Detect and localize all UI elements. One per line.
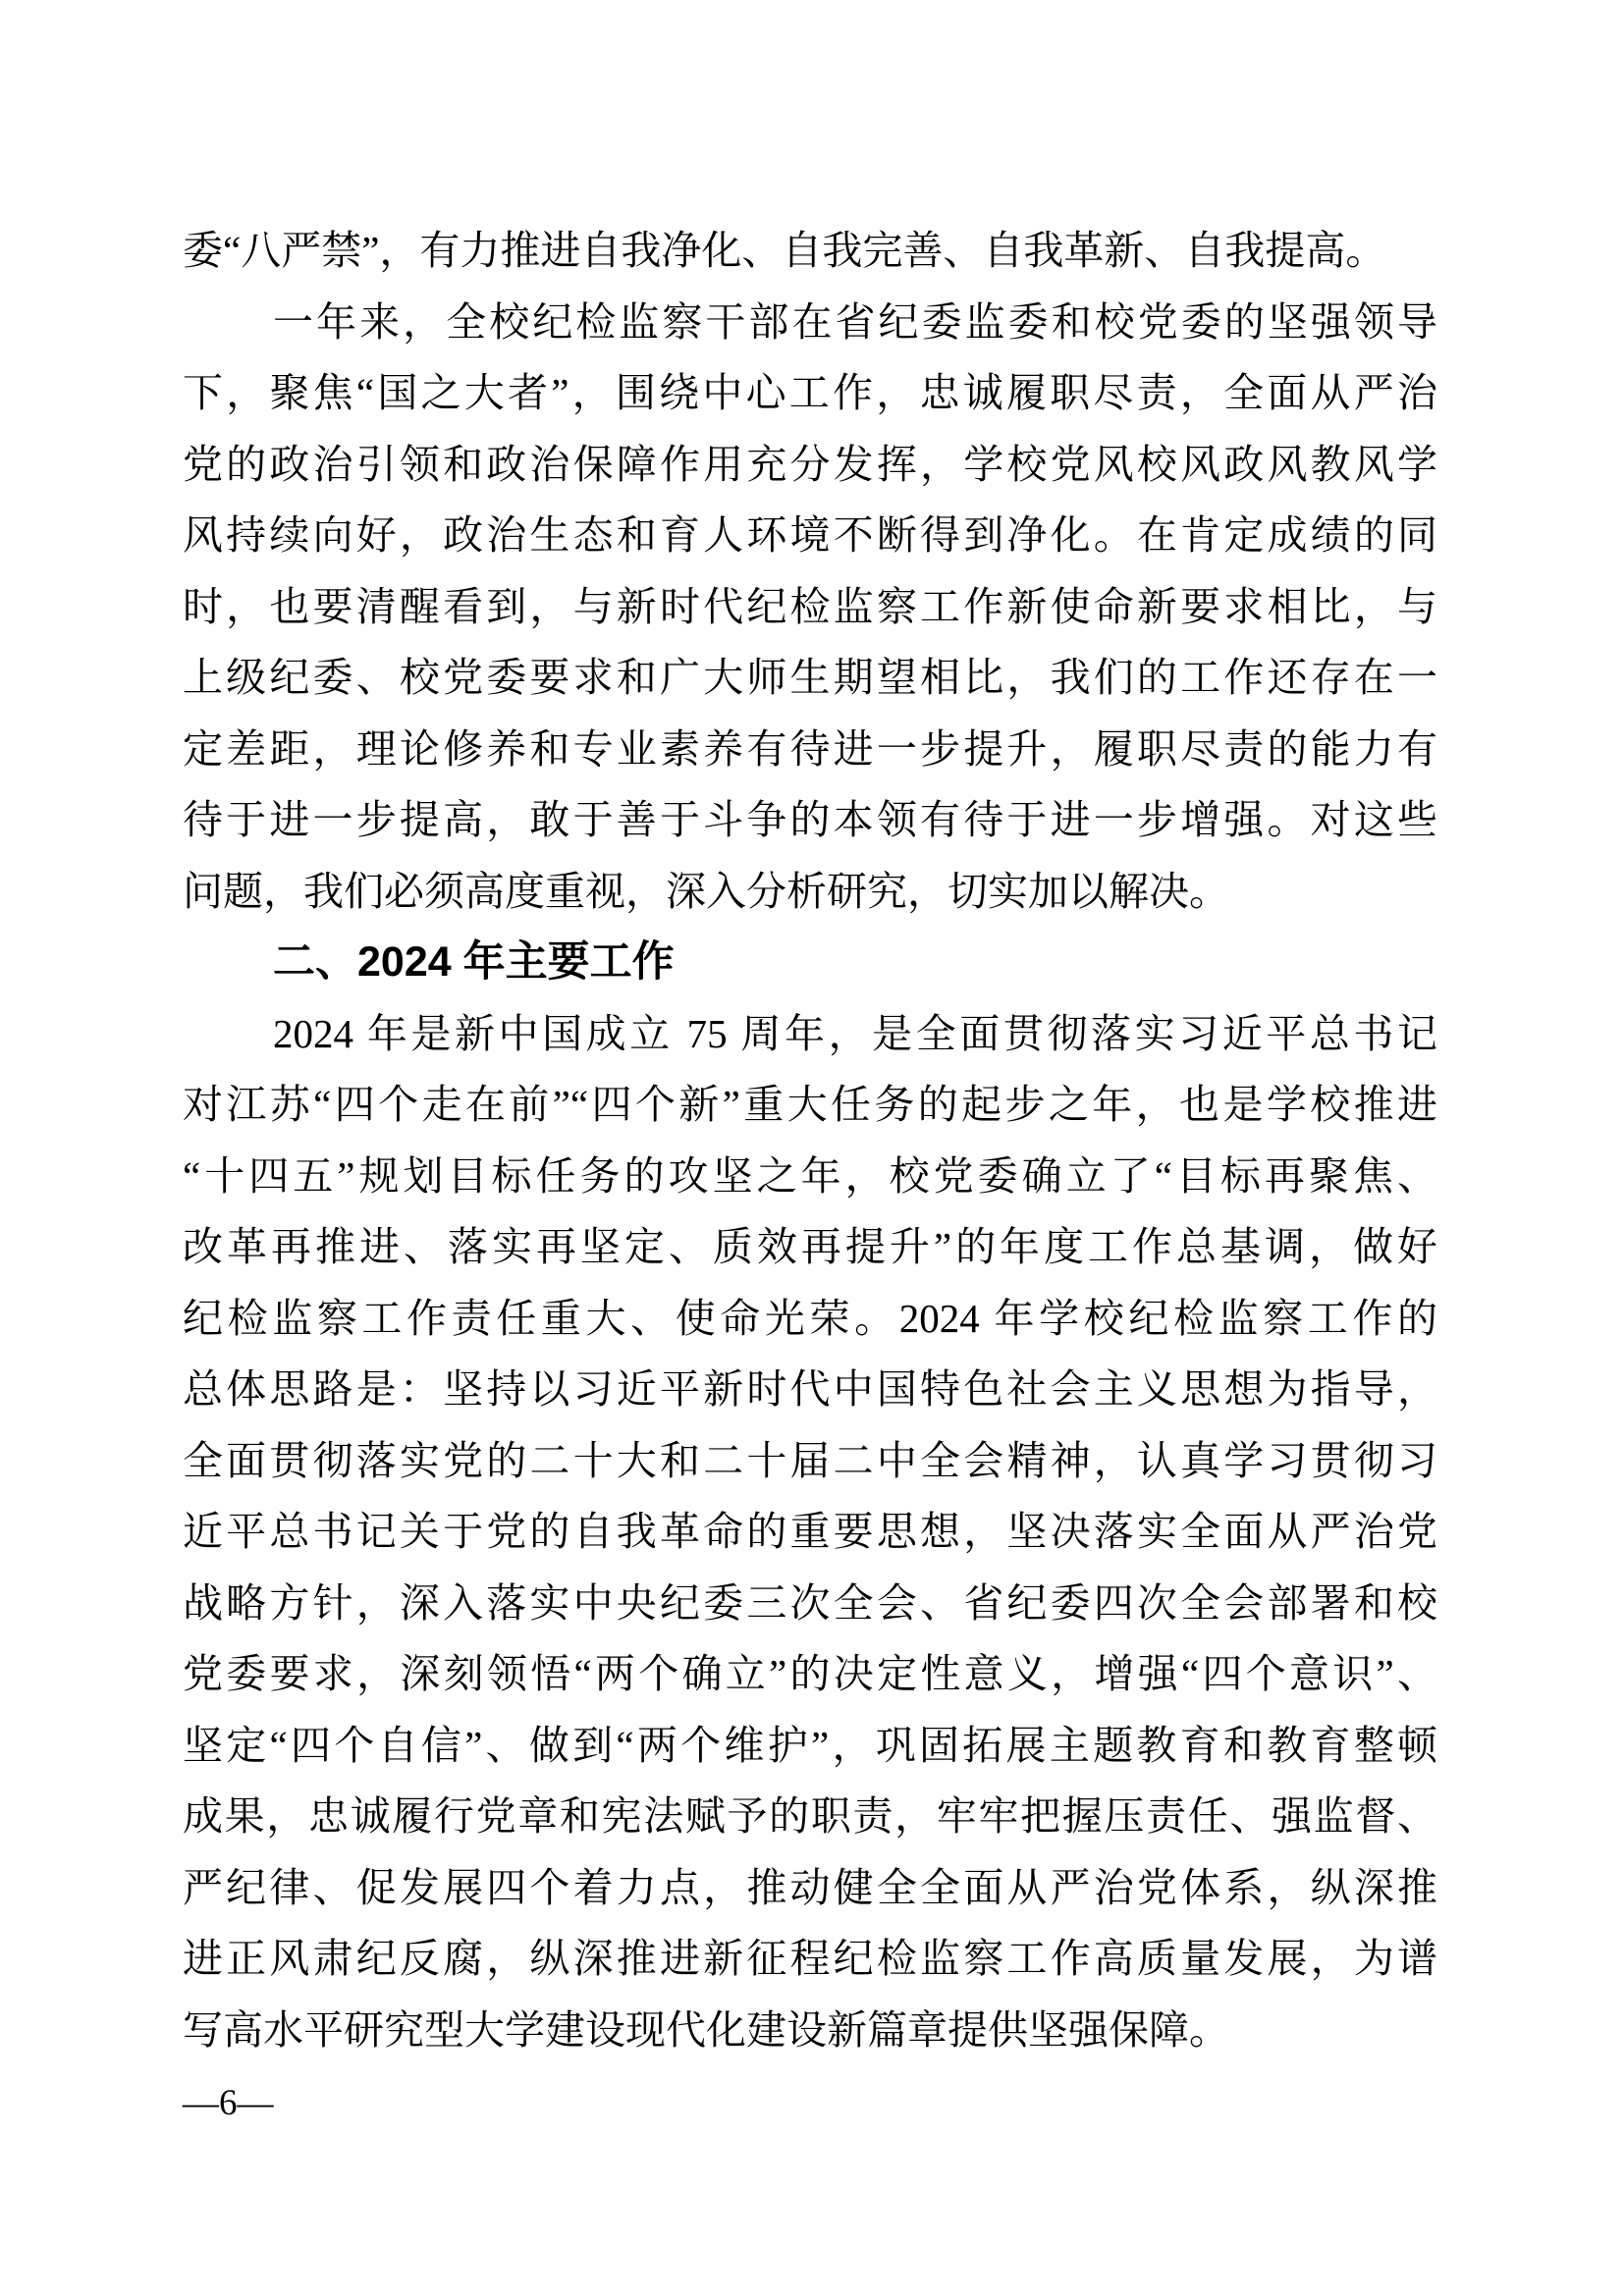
text-line: 严纪律、促发展四个着力点，推动健全全面从严治党体系，纵深推 — [183, 1852, 1437, 1924]
text-line: 2024 年是新中国成立 75 周年，是全面贯彻落实习近平总书记 — [183, 998, 1437, 1070]
text-line: 坚定“四个自信”、做到“两个维护”，巩固拓展主题教育和教育整顿 — [183, 1710, 1437, 1782]
text-line: 全面贯彻落实党的二十大和二十届二中全会精神，认真学习贯彻习 — [183, 1425, 1437, 1497]
text-line: 写高水平研究型大学建设现代化建设新篇章提供坚强保障。 — [183, 1995, 1437, 2066]
text-line: 定差距，理论修养和专业素养有待进一步提升，履职尽责的能力有 — [183, 714, 1437, 785]
text-line: 党委要求，深刻领悟“两个确立”的决定性意义，增强“四个意识”、 — [183, 1638, 1437, 1710]
text-line: 纪检监察工作责任重大、使命光荣。2024 年学校纪检监察工作的 — [183, 1283, 1437, 1355]
text-line: 问题，我们必须高度重视，深入分析研究，切实加以解决。 — [183, 856, 1437, 928]
text-line: 风持续向好，政治生态和育人环境不断得到净化。在肯定成绩的同 — [183, 500, 1437, 571]
text-line: “十四五”规划目标任务的攻坚之年，校党委确立了“目标再聚焦、 — [183, 1141, 1437, 1212]
text-line: 时，也要清醒看到，与新时代纪检监察工作新使命新要求相比，与 — [183, 571, 1437, 643]
text-line: 成果，忠诚履行党章和宪法赋予的职责，牢牢把握压责任、强监督、 — [183, 1781, 1437, 1852]
text-line: 战略方针，深入落实中央纪委三次全会、省纪委四次全会部署和校 — [183, 1568, 1437, 1639]
text-line: 党的政治引领和政治保障作用充分发挥，学校党风校风政风教风学 — [183, 429, 1437, 501]
text-block: 委“八严禁”，有力推进自我净化、自我完善、自我革新、自我提高。一年来，全校纪检监… — [183, 215, 1437, 2065]
page-number: —6— — [183, 2079, 274, 2128]
text-line: 一年来，全校纪检监察干部在省纪委监委和校党委的坚强领导 — [183, 287, 1437, 358]
text-line: 改革再推进、落实再坚定、质效再提升”的年度工作总基调，做好 — [183, 1211, 1437, 1283]
section-heading: 二、2024 年主要工作 — [183, 927, 1437, 998]
text-line: 委“八严禁”，有力推进自我净化、自我完善、自我革新、自我提高。 — [183, 215, 1437, 287]
text-line: 总体思路是：坚持以习近平新时代中国特色社会主义思想为指导， — [183, 1354, 1437, 1425]
document-page: { "page": { "background_color": "#ffffff… — [0, 0, 1624, 2296]
text-line: 进正风肃纪反腐，纵深推进新征程纪检监察工作高质量发展，为谱 — [183, 1923, 1437, 1995]
text-line: 下，聚焦“国之大者”，围绕中心工作，忠诚履职尽责，全面从严治 — [183, 357, 1437, 429]
text-line: 对江苏“四个走在前”“四个新”重大任务的起步之年，也是学校推进 — [183, 1069, 1437, 1141]
text-line: 上级纪委、校党委要求和广大师生期望相比，我们的工作还存在一 — [183, 642, 1437, 714]
text-line: 近平总书记关于党的自我革命的重要思想，坚决落实全面从严治党 — [183, 1496, 1437, 1568]
text-line: 待于进一步提高，敢于善于斗争的本领有待于进一步增强。对这些 — [183, 784, 1437, 856]
